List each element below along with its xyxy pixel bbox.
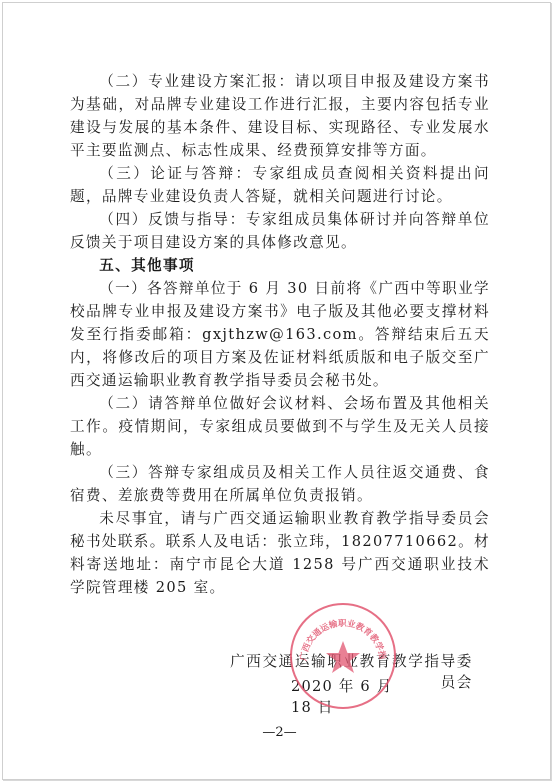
signature-date: 2020 年 6 月 18 日 [291,675,411,717]
paragraph-other-2: （二）请答辩单位做好会议材料、会场布置及其他相关工作。疫情期间，专家组成员要做到… [70,392,490,461]
paragraph-section-3: （三）论证与答辩：专家组成员查阅相关资料提出问题，品牌专业建设负责人答疑，就相关… [70,162,490,208]
paragraph-other-3: （三）答辩专家组成员及相关工作人员往返交通费、食宿费、差旅费等费用在所属单位负责… [70,461,490,507]
paragraph-section-2: （二）专业建设方案汇报：请以项目申报及建设方案书为基础，对品牌专业建设工作进行汇… [70,70,490,162]
paragraph-section-4: （四）反馈与指导：专家组成员集体研讨并向答辩单位反馈关于项目建设方案的具体修改意… [70,208,490,254]
page-number: —2— [3,725,553,740]
section-heading-other-matters: 五、其他事项 [70,254,490,277]
document-page: （二）专业建设方案汇报：请以项目申报及建设方案书为基础，对品牌专业建设工作进行汇… [2,2,551,780]
paragraph-contact: 未尽事宜，请与广西交通运输职业教育教学指导委员会秘书处联系。联系人及电话：张立玮… [70,507,490,599]
document-body: （二）专业建设方案汇报：请以项目申报及建设方案书为基础，对品牌专业建设工作进行汇… [70,70,490,599]
paragraph-other-1: （一）各答辩单位于 6 月 30 日前将《广西中等职业学校品牌专业申报及建设方案… [70,277,490,392]
